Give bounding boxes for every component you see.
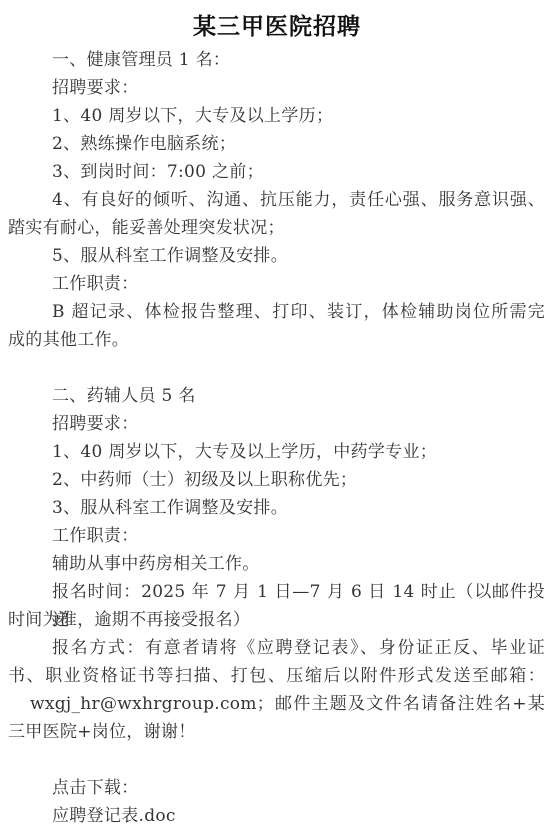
download-label: 点击下载： — [8, 774, 545, 802]
document-body: 一、健康管理员 1 名： 招聘要求： 1、40 周岁以下，大专及以上学历； 2、… — [0, 46, 554, 826]
download-file-link[interactable]: 应聘登记表.doc — [52, 806, 176, 826]
job1-requirement-2: 2、熟练操作电脑系统； — [8, 130, 545, 158]
job1-duties-line2: 成的其他工作。 — [8, 326, 545, 354]
application-method-line4: 三甲医院+岗位，谢谢！ — [8, 718, 545, 746]
job1-duties-line1: B 超记录、体检报告整理、打印、装订，体检辅助岗位所需完 — [8, 298, 545, 326]
job1-requirement-4-line1: 4、有良好的倾听、沟通、抗压能力，责任心强、服务意识强、 — [8, 186, 545, 214]
job1-requirements-label: 招聘要求： — [8, 74, 545, 102]
job1-requirement-3: 3、到岗时间：7:00 之前； — [8, 158, 545, 186]
job1-requirement-1: 1、40 周岁以下，大专及以上学历； — [8, 102, 545, 130]
job2-requirement-2: 2、中药师（士）初级及以上职称优先； — [8, 466, 545, 494]
job2-requirements-label: 招聘要求： — [8, 410, 545, 438]
job2-requirement-1: 1、40 周岁以下，大专及以上学历，中药学专业； — [8, 438, 545, 466]
job1-duties-label: 工作职责： — [8, 270, 545, 298]
application-method-line2: 书、职业资格证书等扫描、打包、压缩后以附件形式发送至邮箱： — [8, 662, 545, 690]
recruitment-notice-page: 某三甲医院招聘 一、健康管理员 1 名： 招聘要求： 1、40 周岁以下，大专及… — [0, 0, 554, 826]
job2-requirement-3: 3、服从科室工作调整及安排。 — [8, 494, 545, 522]
job2-duties-line1: 辅助从事中药房相关工作。 — [8, 550, 545, 578]
document-title: 某三甲医院招聘 — [0, 0, 554, 46]
job2-duties-label: 工作职责： — [8, 522, 545, 550]
application-deadline-line1: 报名时间：2025 年 7 月 1 日—7 月 6 日 14 时止（以邮件投递 — [8, 578, 545, 606]
blank-line — [8, 354, 545, 382]
job2-heading: 二、药辅人员 5 名 — [8, 382, 545, 410]
blank-line — [8, 746, 545, 774]
job1-requirement-5: 5、服从科室工作调整及安排。 — [8, 242, 545, 270]
job1-requirement-4-line2: 踏实有耐心，能妥善处理突发状况； — [8, 214, 545, 242]
application-deadline-line2: 时间为准，逾期不再接受报名） — [8, 606, 545, 634]
application-method-line1: 报名方式：有意者请将《应聘登记表》、身份证正反、毕业证 — [8, 634, 545, 662]
job1-heading: 一、健康管理员 1 名： — [8, 46, 545, 74]
application-method-email-line: wxgj_hr@wxhrgroup.com；邮件主题及文件名请备注姓名+某 — [8, 690, 545, 718]
